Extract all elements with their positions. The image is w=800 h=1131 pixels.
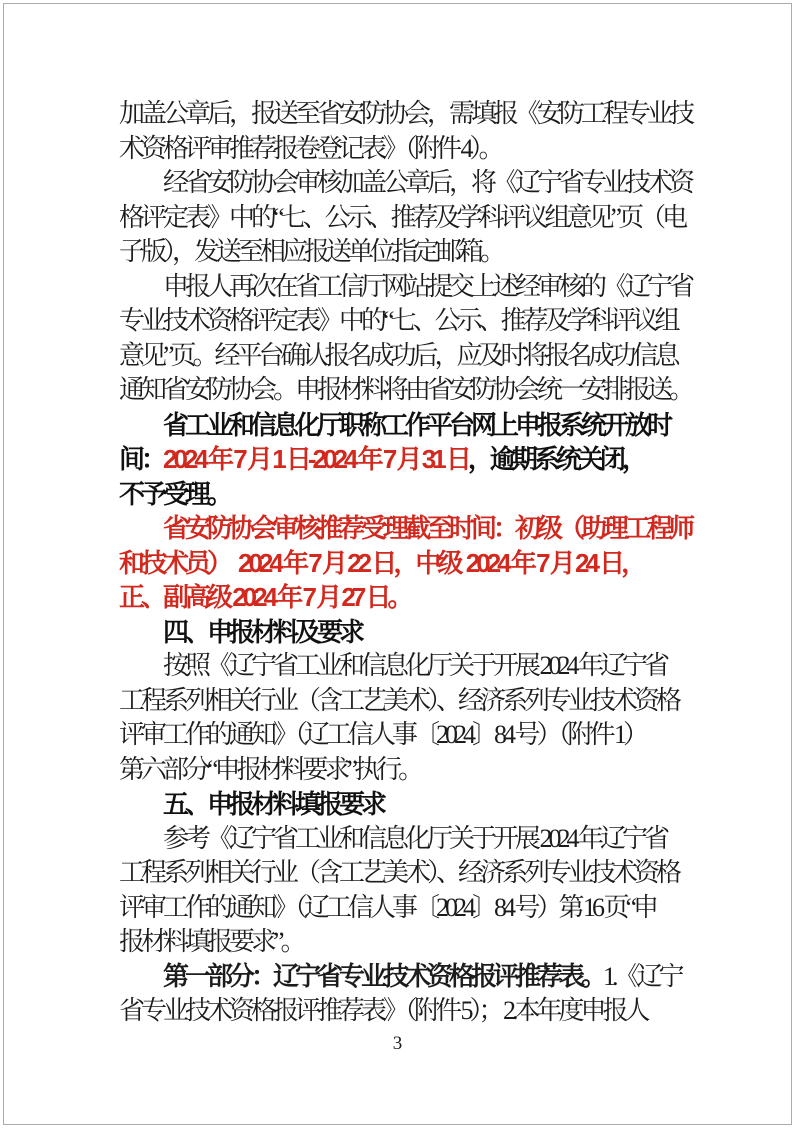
text-segment: 按照《辽宁省工业和信息化厅关于开展 2024 年辽宁省 [163, 651, 666, 680]
document-line: 加盖公章后，报送至省安防协会，需填报《安防工程专业技 [119, 97, 691, 132]
document-line: 间：2024 年 7 月 1 日-2024 年 7 月 31 日，逾期系统关闭， [119, 442, 691, 477]
document-line: 正、副高级 2024 年 7 月 27 日。 [119, 580, 691, 615]
text-segment: 格评定表》中的“七、公示、推荐及学科评议组意见”页（电 [119, 203, 684, 232]
document-line: 经省安防协会审核加盖公章后，将《辽宁省专业技术资 [119, 166, 691, 201]
text-segment: 间： [119, 444, 163, 474]
text-segment: 和技术员） 2024 年 7 月 22 日，中级 2024 年 7 月 24 日… [119, 548, 643, 578]
document-line: 意见”页。经平台确认报名成功后，应及时将报名成功信息 [119, 339, 691, 374]
text-segment: 正、副高级 2024 年 7 月 27 日。 [119, 582, 410, 612]
text-segment: 1.《辽宁 [603, 962, 681, 991]
text-segment: 2024 年 7 月 1 日-2024 年 7 月 31 日 [163, 444, 468, 474]
document-line: 术资格评审推荐报卷登记表》（附件 4）。 [119, 132, 691, 167]
document-line: 子版），发送至相应报送单位指定邮箱。 [119, 235, 691, 270]
text-segment: 工程系列相关行业（含工艺美术）、经济系列专业技术资格 [119, 686, 678, 715]
text-segment: 省工业和信息化厅职称工作平台网上申报系统开放时 [163, 410, 669, 440]
document-text-block: 加盖公章后，报送至省安防协会，需填报《安防工程专业技术资格评审推荐报卷登记表》（… [119, 97, 691, 1029]
document-line: 第六部分“申报材料要求”执行。 [119, 753, 691, 788]
document-line: 不予受理。 [119, 477, 691, 512]
document-line: 按照《辽宁省工业和信息化厅关于开展 2024 年辽宁省 [119, 649, 691, 684]
text-segment: 四、申报材料及要求 [163, 617, 361, 647]
text-segment: 工程系列相关行业（含工艺美术）、经济系列专业技术资格 [119, 858, 678, 887]
document-line: 报材料填报要求”。 [119, 925, 691, 960]
text-segment: 省专业技术资格报评推荐表》（附件 5）； 2.本年度申报人 [119, 996, 647, 1025]
text-segment: 省安防协会审核推荐受理截至时间：初级（助理工程师 [163, 513, 691, 543]
text-segment: 参考《辽宁省工业和信息化厅关于开展 2024 年辽宁省 [163, 824, 666, 853]
text-segment: 不予受理。 [119, 479, 229, 509]
text-segment: 子版），发送至相应报送单位指定邮箱。 [119, 237, 502, 266]
document-line: 省安防协会审核推荐受理截至时间：初级（助理工程师 [119, 511, 691, 546]
text-segment: 第一部分：辽宁省专业技术资格报评推荐表。 [163, 962, 603, 991]
document-page: 加盖公章后，报送至省安防协会，需填报《安防工程专业技术资格评审推荐报卷登记表》（… [3, 3, 792, 1125]
text-segment: 术资格评审推荐报卷登记表》（附件 4）。 [119, 134, 501, 163]
document-line: 评审工作的通知》（辽工信人事〔2024〕84 号）（附件 1） [119, 718, 691, 753]
document-line: 参考《辽宁省工业和信息化厅关于开展 2024 年辽宁省 [119, 822, 691, 857]
document-line: 评审工作的通知》（辽工信人事〔2024〕84 号）第 16 页“申 [119, 891, 691, 926]
text-segment: 专业技术资格评定表》中的“七、公示、推荐及学科评议组 [119, 306, 677, 335]
page-number: 3 [4, 1030, 791, 1058]
document-line: 省专业技术资格报评推荐表》（附件 5）； 2.本年度申报人 [119, 994, 691, 1029]
text-segment: 报材料填报要求”。 [119, 927, 303, 956]
document-line: 省工业和信息化厅职称工作平台网上申报系统开放时 [119, 408, 691, 443]
document-line: 四、申报材料及要求 [119, 615, 691, 650]
text-segment: 意见”页。经平台确认报名成功后，应及时将报名成功信息 [119, 341, 677, 370]
document-line: 工程系列相关行业（含工艺美术）、经济系列专业技术资格 [119, 684, 691, 719]
document-line: 专业技术资格评定表》中的“七、公示、推荐及学科评议组 [119, 304, 691, 339]
text-segment: 加盖公章后，报送至省安防协会，需填报《安防工程专业技 [119, 99, 691, 128]
text-segment: 经省安防协会审核加盖公章后，将《辽宁省专业技术资 [163, 168, 691, 197]
text-segment: 第六部分“申报材料要求”执行。 [119, 755, 420, 784]
document-line: 申报人再次在省工信厅网站提交上述经审核的《辽宁省 [119, 270, 691, 305]
text-segment: 评审工作的通知》（辽工信人事〔2024〕84 号）（附件 1） [119, 720, 645, 749]
text-segment: ，逾期系统关闭， [468, 444, 644, 474]
text-segment: 申报人再次在省工信厅网站提交上述经审核的《辽宁省 [163, 272, 691, 301]
document-line: 和技术员） 2024 年 7 月 22 日，中级 2024 年 7 月 24 日… [119, 546, 691, 581]
document-line: 通知省安防协会。申报材料将由省安防协会统一安排报送。 [119, 373, 691, 408]
document-line: 第一部分：辽宁省专业技术资格报评推荐表。1.《辽宁 [119, 960, 691, 995]
document-line: 格评定表》中的“七、公示、推荐及学科评议组意见”页（电 [119, 201, 691, 236]
text-segment: 五、申报材料填报要求 [163, 789, 383, 819]
text-segment: 评审工作的通知》（辽工信人事〔2024〕84 号）第 16 页“申 [119, 893, 655, 922]
document-line: 工程系列相关行业（含工艺美术）、经济系列专业技术资格 [119, 856, 691, 891]
document-line: 五、申报材料填报要求 [119, 787, 691, 822]
text-segment: 通知省安防协会。申报材料将由省安防协会统一安排报送。 [119, 375, 691, 404]
